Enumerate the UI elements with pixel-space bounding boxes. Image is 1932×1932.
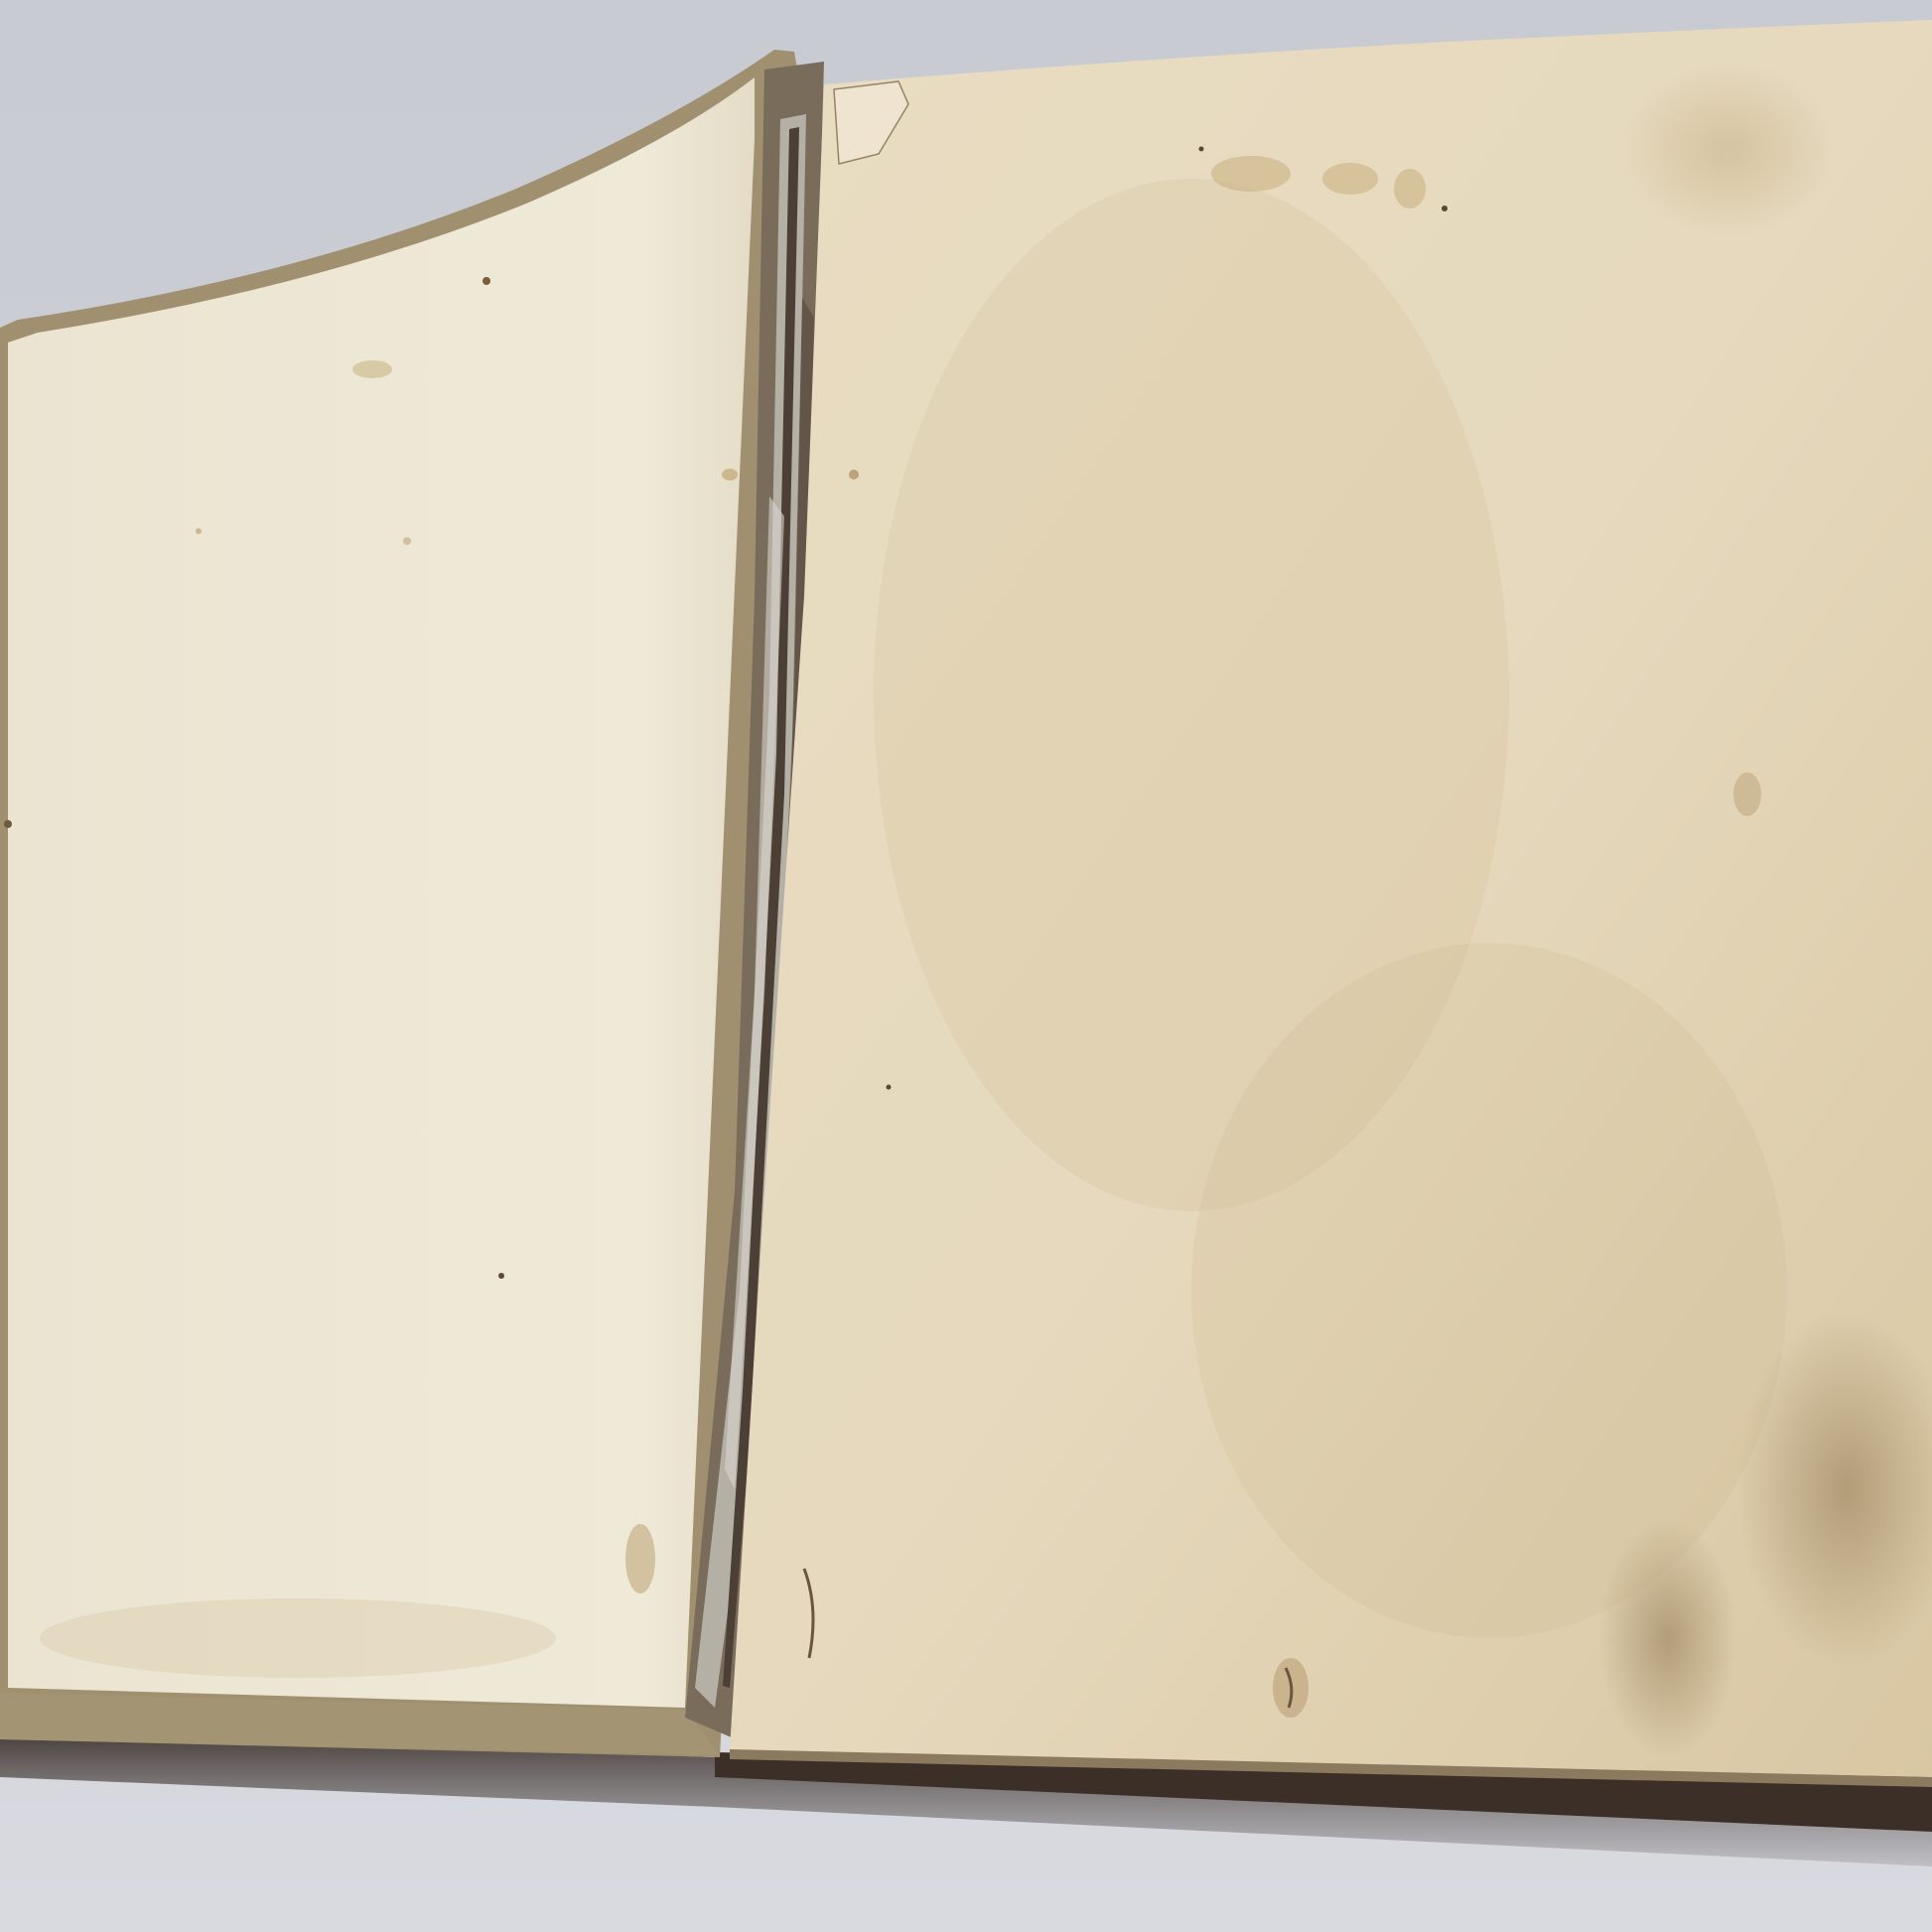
right-page — [730, 20, 1932, 1787]
book-photo-scene: Open antique hardcover book with blank, … — [0, 0, 1932, 1932]
open-book-illustration — [0, 0, 1932, 1932]
left-cover-board — [0, 50, 804, 1757]
